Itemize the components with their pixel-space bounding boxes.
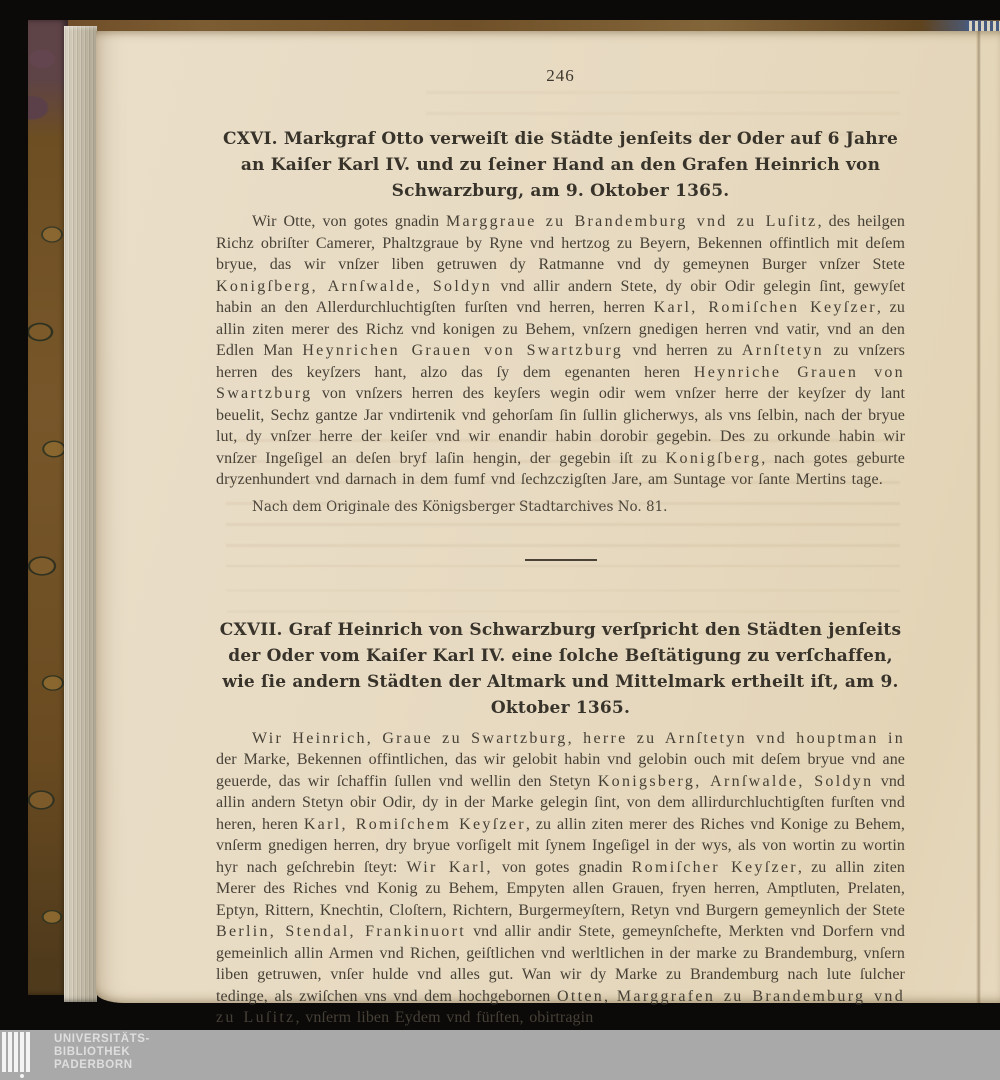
book-scan-photo: 246 CXVI. Markgraf Otto verweiſt die Stä… (0, 0, 1000, 1030)
library-name-line: BIBLIOTHEK (54, 1046, 150, 1059)
library-name: UNIVERSITÄTS- BIBLIOTHEK PADERBORN (54, 1033, 150, 1072)
section-cxvi-paragraph: Wir Otte, von gotes gnadin Marggraue zu … (216, 211, 905, 491)
section-divider (525, 559, 597, 561)
section-cxvii-paragraph: Wir Heinrich, Graue zu Swartzburg, herre… (216, 728, 905, 1029)
section-cxvii-heading: CXVII. Graf Heinrich von Schwarzburg ver… (216, 617, 905, 721)
library-footer-bar: UNIVERSITÄTS- BIBLIOTHEK PADERBORN (0, 1030, 1000, 1080)
source-note: Nach dem Originale des Königsberger Stad… (252, 499, 905, 515)
book-cover-marbled-board (28, 20, 68, 995)
page-number: 246 (216, 66, 905, 86)
ub-paderborn-logo-icon (2, 1032, 32, 1078)
page-edges-stack (64, 26, 97, 1002)
section-cxvi-heading: CXVI. Markgraf Otto verweiſt die Städte … (216, 126, 905, 204)
library-name-line: UNIVERSITÄTS- (54, 1033, 150, 1046)
library-name-line: PADERBORN (54, 1059, 150, 1072)
book-page: 246 CXVI. Markgraf Otto verweiſt die Stä… (96, 31, 1000, 1003)
